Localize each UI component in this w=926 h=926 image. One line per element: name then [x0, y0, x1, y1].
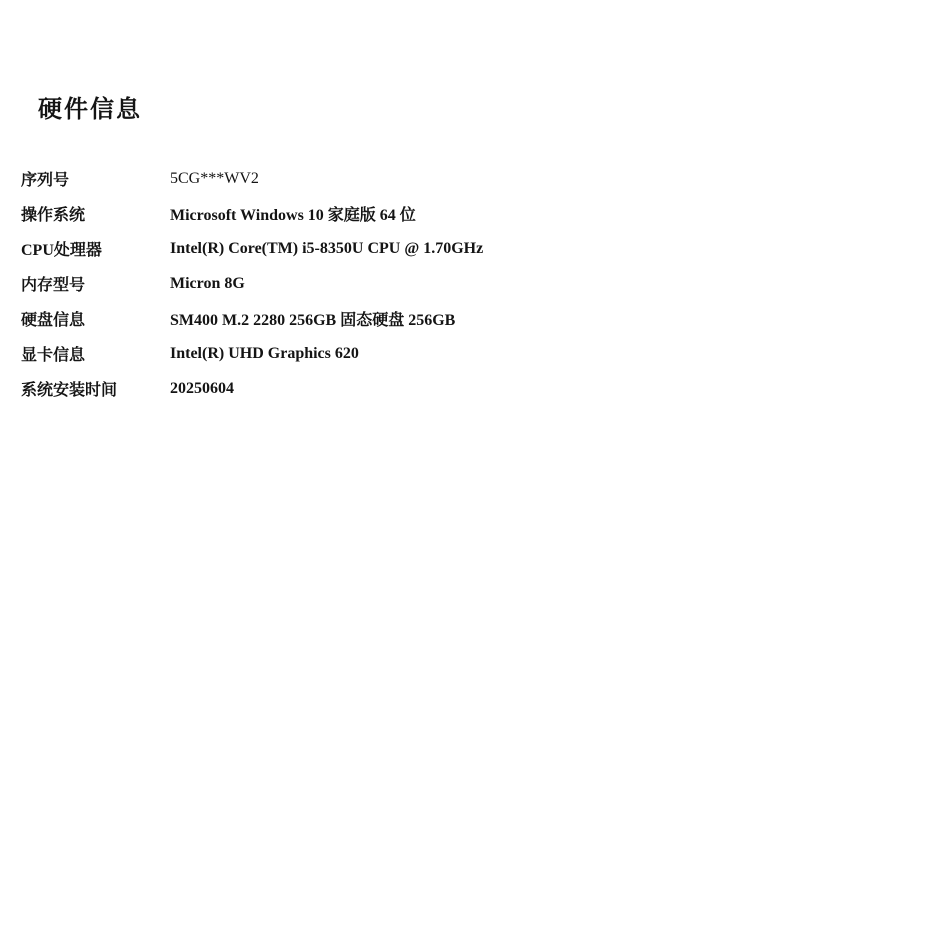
spec-list: 序列号 5CG***WV2 操作系统 Microsoft Windows 10 …: [21, 161, 901, 406]
spec-value-memory: Micron 8G: [170, 275, 245, 293]
spec-row-cpu: CPU处理器 Intel(R) Core(TM) i5-8350U CPU @ …: [21, 231, 901, 266]
spec-value-operating-system: Microsoft Windows 10 家庭版 64 位: [170, 202, 416, 225]
spec-label-operating-system: 操作系统: [21, 202, 170, 225]
page-title: 硬件信息: [38, 98, 142, 123]
spec-label-disk: 硬盘信息: [21, 307, 170, 330]
spec-value-graphics: Intel(R) UHD Graphics 620: [170, 345, 359, 363]
spec-row-serial-number: 序列号 5CG***WV2: [21, 161, 901, 196]
spec-row-install-date: 系统安装时间 20250604: [21, 371, 901, 406]
spec-row-operating-system: 操作系统 Microsoft Windows 10 家庭版 64 位: [21, 196, 901, 231]
spec-value-disk: SM400 M.2 2280 256GB 固态硬盘 256GB: [170, 307, 455, 330]
spec-label-install-date: 系统安装时间: [21, 377, 170, 400]
spec-value-install-date: 20250604: [170, 380, 234, 398]
spec-label-serial-number: 序列号: [21, 167, 170, 190]
spec-value-serial-number: 5CG***WV2: [170, 170, 259, 188]
spec-row-graphics: 显卡信息 Intel(R) UHD Graphics 620: [21, 336, 901, 371]
spec-label-graphics: 显卡信息: [21, 342, 170, 365]
spec-label-cpu: CPU处理器: [21, 237, 170, 260]
spec-row-disk: 硬盘信息 SM400 M.2 2280 256GB 固态硬盘 256GB: [21, 301, 901, 336]
spec-label-memory: 内存型号: [21, 272, 170, 295]
spec-value-cpu: Intel(R) Core(TM) i5-8350U CPU @ 1.70GHz: [170, 240, 483, 258]
spec-row-memory: 内存型号 Micron 8G: [21, 266, 901, 301]
hardware-info-page: 硬件信息 序列号 5CG***WV2 操作系统 Microsoft Window…: [0, 0, 926, 926]
